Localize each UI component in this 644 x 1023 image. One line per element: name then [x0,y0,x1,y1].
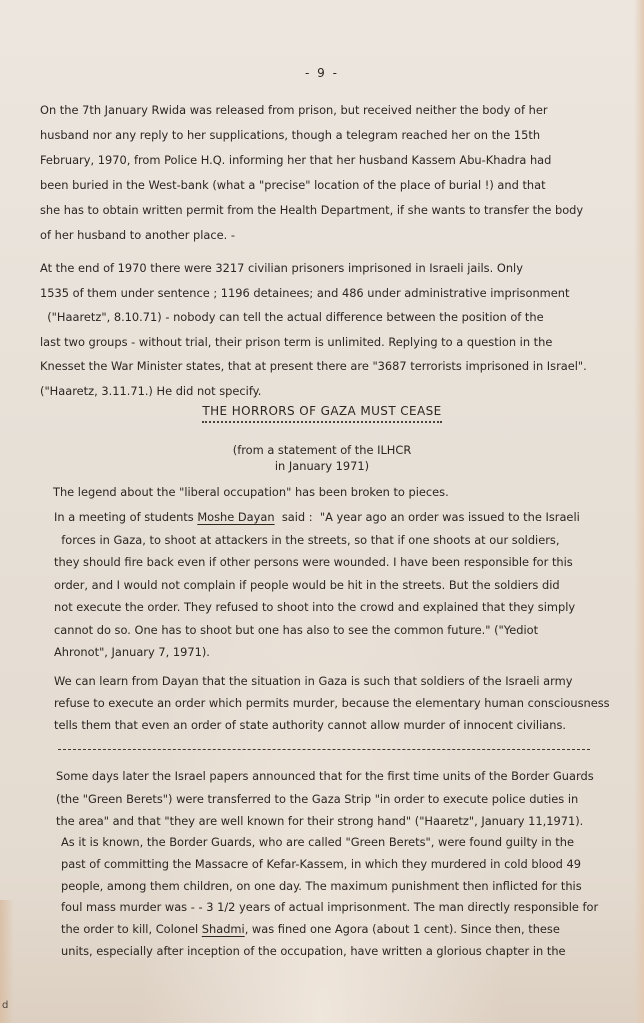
underlined-name: Shadmi [202,922,245,936]
text-line: people, among them children, on one day.… [61,876,621,898]
text-line: order, and I would not complain if peopl… [54,574,614,597]
text-line: tells them that even an order of state a… [54,714,614,736]
text-line: On the 7th January Rwida was released fr… [40,98,600,123]
section-heading: THE HORRORS OF GAZA MUST CEASE [0,404,644,423]
text-line: past of committing the Massacre of Kefar… [61,854,621,876]
text-line: February, 1970, from Police H.Q. informi… [40,148,600,173]
text-line: units, especially after inception of the… [61,941,621,963]
paragraph-prisoner-statistics: At the end of 1970 there were 3217 civil… [40,256,600,403]
document-page: - 9 - On the 7th January Rwida was relea… [0,0,644,1023]
dashed-divider [58,749,590,750]
page-number: - 9 - [0,66,644,80]
text-line: of her husband to another place. - [40,223,600,248]
paragraph-dayan-lesson: We can learn from Dayan that the situati… [54,670,614,736]
paragraph-border-guards: Some days later the Israel papers announ… [56,765,616,833]
paragraph-legend: The legend about the "liberal occupation… [53,480,613,505]
text-line: (the "Green Berets") were transferred to… [56,788,616,811]
source-line: (from a statement of the ILHCR [0,442,644,458]
text-line: refuse to execute an order which permits… [54,692,614,714]
section-source: (from a statement of the ILHCR in Januar… [0,442,644,474]
text-line: she has to obtain written permit from th… [40,198,600,223]
text-line: foul mass murder was - - 3 1/2 years of … [61,897,621,919]
text-fragment: the order to kill, Colonel [61,922,202,936]
text-line: last two groups - without trial, their p… [40,330,600,355]
text-line: Some days later the Israel papers announ… [56,765,616,788]
paper-edge-shadow [634,0,644,1023]
paragraph-dayan-quote: In a meeting of students Moshe Dayan sai… [54,506,614,664]
text-line: Knesset the War Minister states, that at… [40,354,600,379]
text-line: the order to kill, Colonel Shadmi, was f… [61,919,621,941]
text-line: 1535 of them under sentence ; 1196 detai… [40,281,600,306]
underlined-name: Moshe Dayan [197,510,274,524]
text-line: As it is known, the Border Guards, who a… [61,832,621,854]
text-fragment: In a meeting of students [54,510,197,524]
text-line: cannot do so. One has to shoot but one h… [54,619,614,642]
text-line: forces in Gaza, to shoot at attackers in… [54,529,614,552]
text-line: ("Haaretz", 8.10.71) - nobody can tell t… [40,305,600,330]
text-fragment: said : "A year ago an order was issued t… [275,510,580,524]
text-line: not execute the order. They refused to s… [54,596,614,619]
text-fragment: , was fined one Agora (about 1 cent). Si… [245,922,560,936]
text-line: At the end of 1970 there were 3217 civil… [40,256,600,281]
text-line: Ahronot", January 7, 1971). [54,641,614,664]
text-line: The legend about the "liberal occupation… [53,480,613,505]
source-line: in January 1971) [0,458,644,474]
text-line: they should fire back even if other pers… [54,551,614,574]
section-title: THE HORRORS OF GAZA MUST CEASE [202,404,441,423]
paragraph-rwida-release: On the 7th January Rwida was released fr… [40,98,600,248]
paragraph-kefar-kassem: As it is known, the Border Guards, who a… [61,832,621,963]
text-line: husband nor any reply to her supplicatio… [40,123,600,148]
text-line: the area" and that "they are well known … [56,810,616,833]
margin-mark: d [2,1000,8,1011]
text-line: ("Haaretz, 3.11.71.) He did not specify. [40,379,600,404]
text-line: been buried in the West-bank (what a "pr… [40,173,600,198]
text-line: In a meeting of students Moshe Dayan sai… [54,506,614,529]
text-line: We can learn from Dayan that the situati… [54,670,614,692]
